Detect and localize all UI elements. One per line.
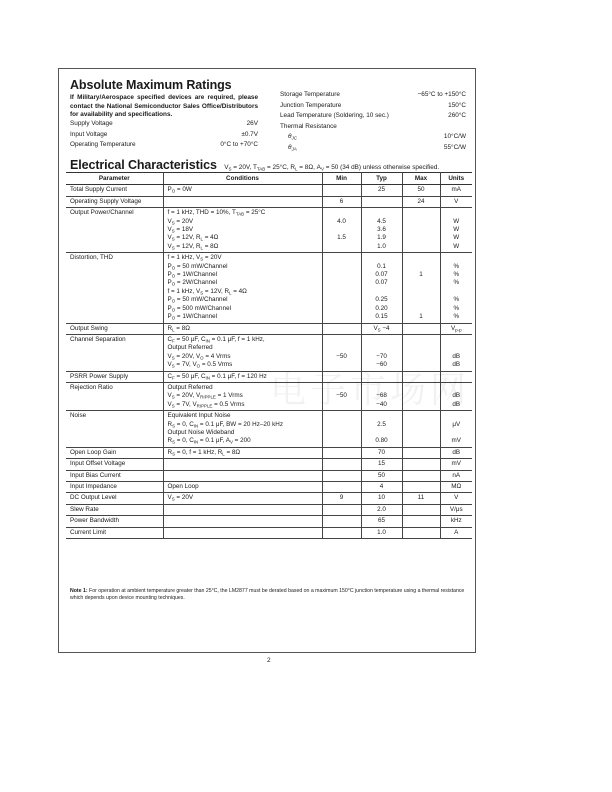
max-line bbox=[407, 209, 436, 217]
units-line bbox=[445, 384, 469, 392]
min-line bbox=[327, 254, 357, 262]
rating-item: Lead Temperature (Soldering, 10 sec.)260… bbox=[280, 111, 466, 122]
min-cell bbox=[322, 516, 361, 527]
typ-cell bbox=[361, 196, 402, 207]
units-line: % bbox=[445, 296, 469, 304]
min-line bbox=[327, 313, 357, 321]
max-line bbox=[407, 437, 436, 445]
conditions-line bbox=[168, 529, 318, 537]
min-line bbox=[327, 412, 357, 420]
table-row: Total Supply CurrentPO = 0W 2550mA bbox=[66, 185, 472, 196]
units-cell: dBdB bbox=[440, 334, 472, 371]
conditions-cell: RL = 8Ω bbox=[163, 323, 322, 334]
units-cell: V/μs bbox=[440, 504, 472, 515]
parameter-cell: Power Bandwidth bbox=[66, 516, 163, 527]
conditions-line: Output Noise Wideband bbox=[168, 429, 318, 437]
electrical-characteristics-table: ParameterConditionsMinTypMaxUnits Total … bbox=[66, 172, 472, 539]
typ-line: 0.07 bbox=[366, 271, 398, 279]
min-cell bbox=[322, 411, 361, 448]
units-line: dB bbox=[445, 449, 469, 457]
conditions-cell bbox=[163, 516, 322, 527]
parameter-cell: Total Supply Current bbox=[66, 185, 163, 196]
units-line: W bbox=[445, 243, 469, 251]
rating-label: Junction Temperature bbox=[280, 101, 341, 112]
units-line bbox=[445, 412, 469, 420]
max-cell bbox=[402, 504, 440, 515]
min-line bbox=[327, 529, 357, 537]
min-cell bbox=[322, 470, 361, 481]
max-cell bbox=[402, 447, 440, 458]
max-cell bbox=[402, 516, 440, 527]
conditions-line: CF = 50 μF, CIN = 0.1 μF, f = 120 Hz bbox=[168, 373, 318, 381]
conditions-line: VS = 12V, RL = 8Ω bbox=[168, 243, 318, 251]
table-row: Slew Rate 2.0 V/μs bbox=[66, 504, 472, 515]
units-cell: MΩ bbox=[440, 482, 472, 493]
conditions-line bbox=[168, 472, 318, 480]
units-line: μV bbox=[445, 421, 469, 429]
units-line: kHz bbox=[445, 517, 469, 525]
typ-line: 1.9 bbox=[366, 234, 398, 242]
max-cell bbox=[402, 527, 440, 538]
max-line bbox=[407, 421, 436, 429]
conditions-line: Open Loop bbox=[168, 483, 318, 491]
max-line bbox=[407, 384, 436, 392]
typ-cell: 2.5 0.80 bbox=[361, 411, 402, 448]
rating-label: Input Voltage bbox=[70, 130, 107, 141]
conditions-line: Output Referred bbox=[168, 384, 318, 392]
table-row: Input ImpedanceOpen Loop 4 MΩ bbox=[66, 482, 472, 493]
page-number: 2 bbox=[267, 657, 271, 664]
max-cell bbox=[402, 470, 440, 481]
typ-line: 0.20 bbox=[366, 305, 398, 313]
parameter-cell: Slew Rate bbox=[66, 504, 163, 515]
conditions-cell: VS = 20V bbox=[163, 493, 322, 504]
max-line: 50 bbox=[407, 186, 436, 194]
absolute-maximum-ratings-title: Absolute Maximum Ratings bbox=[70, 78, 232, 92]
units-line: MΩ bbox=[445, 483, 469, 491]
max-cell: 24 bbox=[402, 196, 440, 207]
parameter-cell: Output Swing bbox=[66, 323, 163, 334]
rating-value: 10°C/W bbox=[444, 132, 466, 143]
parameter-cell: Input Impedance bbox=[66, 482, 163, 493]
conditions-cell: Output ReferredVS = 20V, VRIPPLE = 1 Vrm… bbox=[163, 382, 322, 410]
conditions-cell bbox=[163, 527, 322, 538]
units-cell: nA bbox=[440, 470, 472, 481]
units-line: W bbox=[445, 234, 469, 242]
min-line bbox=[327, 517, 357, 525]
conditions-line: Equivalent Input Noise bbox=[168, 412, 318, 420]
units-line bbox=[445, 429, 469, 437]
rating-value: 0°C to +70°C bbox=[220, 140, 258, 151]
typ-line: 2.0 bbox=[366, 506, 398, 514]
rating-label: Thermal Resistance bbox=[280, 122, 337, 133]
max-cell bbox=[402, 382, 440, 410]
max-cell bbox=[402, 459, 440, 470]
table-row: Open Loop GainRS = 0, f = 1 kHz, RL = 8Ω… bbox=[66, 447, 472, 458]
conditions-cell: f = 1 kHz, THD = 10%, TTAB = 25°CVS = 20… bbox=[163, 208, 322, 253]
units-cell: Vp-p bbox=[440, 323, 472, 334]
conditions-line: RS = 0, CIN = 0.1 μF, BW = 20 Hz–20 kHz bbox=[168, 421, 318, 429]
units-cell: dBdB bbox=[440, 382, 472, 410]
test-conditions: VS = 20V, TTAB = 25°C, RL = 8Ω, AV = 50 … bbox=[224, 164, 439, 171]
units-line: W bbox=[445, 226, 469, 234]
table-row: Input Bias Current 50 nA bbox=[66, 470, 472, 481]
min-cell bbox=[322, 371, 361, 382]
max-line bbox=[407, 325, 436, 333]
footnote-text: For operation at ambient temperature gre… bbox=[70, 588, 464, 601]
min-line bbox=[327, 288, 357, 296]
min-line bbox=[327, 186, 357, 194]
typ-cell: 70 bbox=[361, 447, 402, 458]
parameter-cell: PSRR Power Supply bbox=[66, 371, 163, 382]
conditions-line: PO = 2W/Channel bbox=[168, 279, 318, 287]
parameter-cell: Channel Separation bbox=[66, 334, 163, 371]
min-line bbox=[327, 336, 357, 344]
rating-value: ±0.7V bbox=[241, 130, 258, 141]
table-row: Output Power/Channelf = 1 kHz, THD = 10%… bbox=[66, 208, 472, 253]
min-line bbox=[327, 421, 357, 429]
conditions-line: PO = 0W bbox=[168, 186, 318, 194]
min-line bbox=[327, 472, 357, 480]
typ-cell: 4 bbox=[361, 482, 402, 493]
conditions-line: PO = 1W/Channel bbox=[168, 313, 318, 321]
rating-item: Input Voltage±0.7V bbox=[70, 130, 258, 141]
conditions-line: PO = 500 mW/Channel bbox=[168, 305, 318, 313]
max-line: 11 bbox=[407, 494, 436, 502]
min-line bbox=[327, 305, 357, 313]
table-row: Channel SeparationCF = 50 μF, CIN = 0.1 … bbox=[66, 334, 472, 371]
parameter-cell: Input Offset Voltage bbox=[66, 459, 163, 470]
min-cell: 4.0 1.5 bbox=[322, 208, 361, 253]
units-line: W bbox=[445, 218, 469, 226]
typ-cell: 10 bbox=[361, 493, 402, 504]
max-line bbox=[407, 529, 436, 537]
max-line bbox=[407, 296, 436, 304]
typ-cell: 1.0 bbox=[361, 527, 402, 538]
max-line bbox=[407, 218, 436, 226]
typ-cell: 2.0 bbox=[361, 504, 402, 515]
typ-cell bbox=[361, 371, 402, 382]
min-cell bbox=[322, 459, 361, 470]
min-line bbox=[327, 296, 357, 304]
typ-line: VS −4 bbox=[366, 325, 398, 333]
rating-value: 55°C/W bbox=[444, 143, 466, 154]
min-line bbox=[327, 243, 357, 251]
parameter-cell: Input Bias Current bbox=[66, 470, 163, 481]
table-row: Current Limit 1.0 A bbox=[66, 527, 472, 538]
min-line bbox=[327, 209, 357, 217]
units-cell bbox=[440, 371, 472, 382]
max-line bbox=[407, 392, 436, 400]
max-cell: 50 bbox=[402, 185, 440, 196]
max-cell: 1 1 bbox=[402, 253, 440, 323]
units-line: dB bbox=[445, 361, 469, 369]
units-cell: WWWW bbox=[440, 208, 472, 253]
typ-line: 0.15 bbox=[366, 313, 398, 321]
typ-line: 50 bbox=[366, 472, 398, 480]
typ-line: 10 bbox=[366, 494, 398, 502]
min-cell bbox=[322, 323, 361, 334]
conditions-line: VS = 20V, VRIPPLE = 1 Vrms bbox=[168, 392, 318, 400]
table-row: Power Bandwidth 65 kHz bbox=[66, 516, 472, 527]
units-line: % bbox=[445, 263, 469, 271]
ratings-list-left: Supply Voltage26VInput Voltage±0.7VOpera… bbox=[70, 119, 258, 151]
typ-line bbox=[366, 198, 398, 206]
units-line: mV bbox=[445, 460, 469, 468]
typ-cell: 50 bbox=[361, 470, 402, 481]
min-cell bbox=[322, 482, 361, 493]
typ-line: 65 bbox=[366, 517, 398, 525]
min-line bbox=[327, 429, 357, 437]
conditions-line: PO = 50 mW/Channel bbox=[168, 296, 318, 304]
conditions-cell: CF = 50 μF, CIN = 0.1 μF, f = 120 Hz bbox=[163, 371, 322, 382]
conditions-cell: Equivalent Input NoiseRS = 0, CIN = 0.1 … bbox=[163, 411, 322, 448]
units-line: A bbox=[445, 529, 469, 537]
conditions-cell: PO = 0W bbox=[163, 185, 322, 196]
conditions-line bbox=[168, 198, 318, 206]
rating-value: 26V bbox=[247, 119, 258, 130]
max-line bbox=[407, 344, 436, 352]
conditions-cell: Open Loop bbox=[163, 482, 322, 493]
rating-label: θJC bbox=[280, 132, 297, 143]
conditions-line: Output Referred bbox=[168, 344, 318, 352]
header-units: Units bbox=[440, 173, 472, 185]
typ-line: 1.0 bbox=[366, 243, 398, 251]
typ-line: 0.25 bbox=[366, 296, 398, 304]
rating-value: −65°C to +150°C bbox=[418, 90, 466, 101]
max-line bbox=[407, 429, 436, 437]
rating-item: Supply Voltage26V bbox=[70, 119, 258, 130]
conditions-line: PO = 50 mW/Channel bbox=[168, 263, 318, 271]
min-line bbox=[327, 401, 357, 409]
typ-line: 4 bbox=[366, 483, 398, 491]
typ-line: 3.6 bbox=[366, 226, 398, 234]
conditions-cell bbox=[163, 459, 322, 470]
conditions-line: VS = 12V, RL = 4Ω bbox=[168, 234, 318, 242]
units-line bbox=[445, 344, 469, 352]
rating-label: Storage Temperature bbox=[280, 90, 340, 101]
max-line bbox=[407, 234, 436, 242]
min-line bbox=[327, 325, 357, 333]
max-line bbox=[407, 288, 436, 296]
conditions-line: CF = 50 μF, CIN = 0.1 μF, f = 1 kHz, bbox=[168, 336, 318, 344]
table-header-row: ParameterConditionsMinTypMaxUnits bbox=[66, 173, 472, 185]
header-typ: Typ bbox=[361, 173, 402, 185]
parameter-cell: Operating Supply Voltage bbox=[66, 196, 163, 207]
typ-line bbox=[366, 429, 398, 437]
max-line bbox=[407, 263, 436, 271]
typ-line bbox=[366, 336, 398, 344]
units-cell: V bbox=[440, 493, 472, 504]
electrical-characteristics-title: Electrical Characteristics bbox=[70, 158, 217, 172]
ratings-list-right: Storage Temperature−65°C to +150°CJuncti… bbox=[280, 90, 466, 154]
typ-line: 1.0 bbox=[366, 529, 398, 537]
min-cell: −50 bbox=[322, 382, 361, 410]
conditions-cell bbox=[163, 504, 322, 515]
conditions-cell: f = 1 kHz, VS = 20VPO = 50 mW/ChannelPO … bbox=[163, 253, 322, 323]
typ-line: −40 bbox=[366, 401, 398, 409]
typ-line: 4.5 bbox=[366, 218, 398, 226]
units-line: dB bbox=[445, 401, 469, 409]
max-cell bbox=[402, 334, 440, 371]
parameter-cell: Open Loop Gain bbox=[66, 447, 163, 458]
rating-item: Operating Temperature0°C to +70°C bbox=[70, 140, 258, 151]
min-cell bbox=[322, 253, 361, 323]
min-cell bbox=[322, 504, 361, 515]
parameter-cell: Distortion, THD bbox=[66, 253, 163, 323]
max-line bbox=[407, 517, 436, 525]
units-line: mA bbox=[445, 186, 469, 194]
units-line: dB bbox=[445, 392, 469, 400]
max-line bbox=[407, 243, 436, 251]
footnote-label: Note 1: bbox=[70, 588, 88, 594]
rating-item: Storage Temperature−65°C to +150°C bbox=[280, 90, 466, 101]
conditions-cell bbox=[163, 196, 322, 207]
min-line: 6 bbox=[327, 198, 357, 206]
units-cell: dB bbox=[440, 447, 472, 458]
table-row: Distortion, THDf = 1 kHz, VS = 20VPO = 5… bbox=[66, 253, 472, 323]
typ-line bbox=[366, 209, 398, 217]
max-line bbox=[407, 460, 436, 468]
units-line bbox=[445, 288, 469, 296]
units-line bbox=[445, 209, 469, 217]
parameter-cell: DC Output Level bbox=[66, 493, 163, 504]
units-line: V bbox=[445, 494, 469, 502]
min-line: −50 bbox=[327, 353, 357, 361]
typ-line bbox=[366, 288, 398, 296]
typ-cell: 15 bbox=[361, 459, 402, 470]
units-cell: mV bbox=[440, 459, 472, 470]
typ-cell: 0.10.070.07 0.250.200.15 bbox=[361, 253, 402, 323]
header-parameter: Parameter bbox=[66, 173, 163, 185]
max-line bbox=[407, 506, 436, 514]
conditions-line: VS = 18V bbox=[168, 226, 318, 234]
header-max: Max bbox=[402, 173, 440, 185]
max-line bbox=[407, 226, 436, 234]
typ-line: 0.80 bbox=[366, 437, 398, 445]
rating-item: Junction Temperature150°C bbox=[280, 101, 466, 112]
rating-value: 150°C bbox=[448, 101, 466, 112]
typ-line: 0.1 bbox=[366, 263, 398, 271]
units-cell: A bbox=[440, 527, 472, 538]
max-cell: 11 bbox=[402, 493, 440, 504]
max-line bbox=[407, 401, 436, 409]
conditions-line: VS = 7V, VO = 0.5 Vrms bbox=[168, 361, 318, 369]
min-line bbox=[327, 279, 357, 287]
conditions-line: f = 1 kHz, VS = 20V bbox=[168, 254, 318, 262]
min-cell bbox=[322, 527, 361, 538]
units-line: % bbox=[445, 305, 469, 313]
typ-cell: 4.53.61.91.0 bbox=[361, 208, 402, 253]
conditions-line bbox=[168, 517, 318, 525]
units-cell: V bbox=[440, 196, 472, 207]
units-line: dB bbox=[445, 353, 469, 361]
units-line bbox=[445, 373, 469, 381]
max-line bbox=[407, 373, 436, 381]
conditions-line: f = 1 kHz, THD = 10%, TTAB = 25°C bbox=[168, 209, 318, 217]
typ-line: −70 bbox=[366, 353, 398, 361]
military-aerospace-notice: If Military/Aerospace specified devices … bbox=[70, 94, 258, 120]
max-line bbox=[407, 254, 436, 262]
units-cell: mA bbox=[440, 185, 472, 196]
header-min: Min bbox=[322, 173, 361, 185]
conditions-line bbox=[168, 460, 318, 468]
table-row: Rejection RatioOutput ReferredVS = 20V, … bbox=[66, 382, 472, 410]
typ-line: −68 bbox=[366, 392, 398, 400]
units-line: Vp-p bbox=[445, 325, 469, 333]
max-line: 1 bbox=[407, 271, 436, 279]
max-line: 1 bbox=[407, 313, 436, 321]
max-cell bbox=[402, 371, 440, 382]
units-cell: %%% %%% bbox=[440, 253, 472, 323]
table-row: Output SwingRL = 8Ω VS −4 Vp-p bbox=[66, 323, 472, 334]
max-line: 24 bbox=[407, 198, 436, 206]
typ-line bbox=[366, 254, 398, 262]
conditions-line: RL = 8Ω bbox=[168, 325, 318, 333]
min-line bbox=[327, 506, 357, 514]
typ-line: 2.5 bbox=[366, 421, 398, 429]
parameter-cell: Rejection Ratio bbox=[66, 382, 163, 410]
min-line bbox=[327, 449, 357, 457]
typ-line: 70 bbox=[366, 449, 398, 457]
typ-line bbox=[366, 344, 398, 352]
conditions-cell: CF = 50 μF, CIN = 0.1 μF, f = 1 kHz,Outp… bbox=[163, 334, 322, 371]
table-row: NoiseEquivalent Input NoiseRS = 0, CIN =… bbox=[66, 411, 472, 448]
conditions-line: f = 1 kHz, VS = 12V, RL = 4Ω bbox=[168, 288, 318, 296]
max-line bbox=[407, 449, 436, 457]
min-line: 1.5 bbox=[327, 234, 357, 242]
max-cell bbox=[402, 411, 440, 448]
min-line bbox=[327, 226, 357, 234]
typ-cell: −68−40 bbox=[361, 382, 402, 410]
units-line: nA bbox=[445, 472, 469, 480]
typ-cell: 25 bbox=[361, 185, 402, 196]
rating-value: 260°C bbox=[448, 111, 466, 122]
parameter-cell: Noise bbox=[66, 411, 163, 448]
min-line bbox=[327, 373, 357, 381]
units-line bbox=[445, 254, 469, 262]
typ-line bbox=[366, 373, 398, 381]
units-line: V bbox=[445, 198, 469, 206]
table-row: Operating Supply Voltage 6 24V bbox=[66, 196, 472, 207]
units-line bbox=[445, 336, 469, 344]
typ-cell: −70−60 bbox=[361, 334, 402, 371]
rating-label: θJA bbox=[280, 143, 297, 154]
max-line bbox=[407, 412, 436, 420]
max-line bbox=[407, 279, 436, 287]
conditions-line: VS = 20V, VO = 4 Vrms bbox=[168, 353, 318, 361]
conditions-line: PO = 1W/Channel bbox=[168, 271, 318, 279]
min-line bbox=[327, 384, 357, 392]
units-cell: kHz bbox=[440, 516, 472, 527]
min-line bbox=[327, 460, 357, 468]
min-line bbox=[327, 361, 357, 369]
rating-label: Operating Temperature bbox=[70, 140, 136, 151]
rating-label: Lead Temperature (Soldering, 10 sec.) bbox=[280, 111, 389, 122]
min-cell bbox=[322, 447, 361, 458]
max-line bbox=[407, 361, 436, 369]
conditions-line: RS = 0, f = 1 kHz, RL = 8Ω bbox=[168, 449, 318, 457]
table-row: PSRR Power SupplyCF = 50 μF, CIN = 0.1 μ… bbox=[66, 371, 472, 382]
typ-line: −60 bbox=[366, 361, 398, 369]
conditions-line: VS = 20V bbox=[168, 494, 318, 502]
min-line bbox=[327, 483, 357, 491]
max-cell bbox=[402, 323, 440, 334]
min-line bbox=[327, 271, 357, 279]
min-cell: −50 bbox=[322, 334, 361, 371]
footnote: Note 1: For operation at ambient tempera… bbox=[70, 588, 470, 602]
units-line: % bbox=[445, 279, 469, 287]
